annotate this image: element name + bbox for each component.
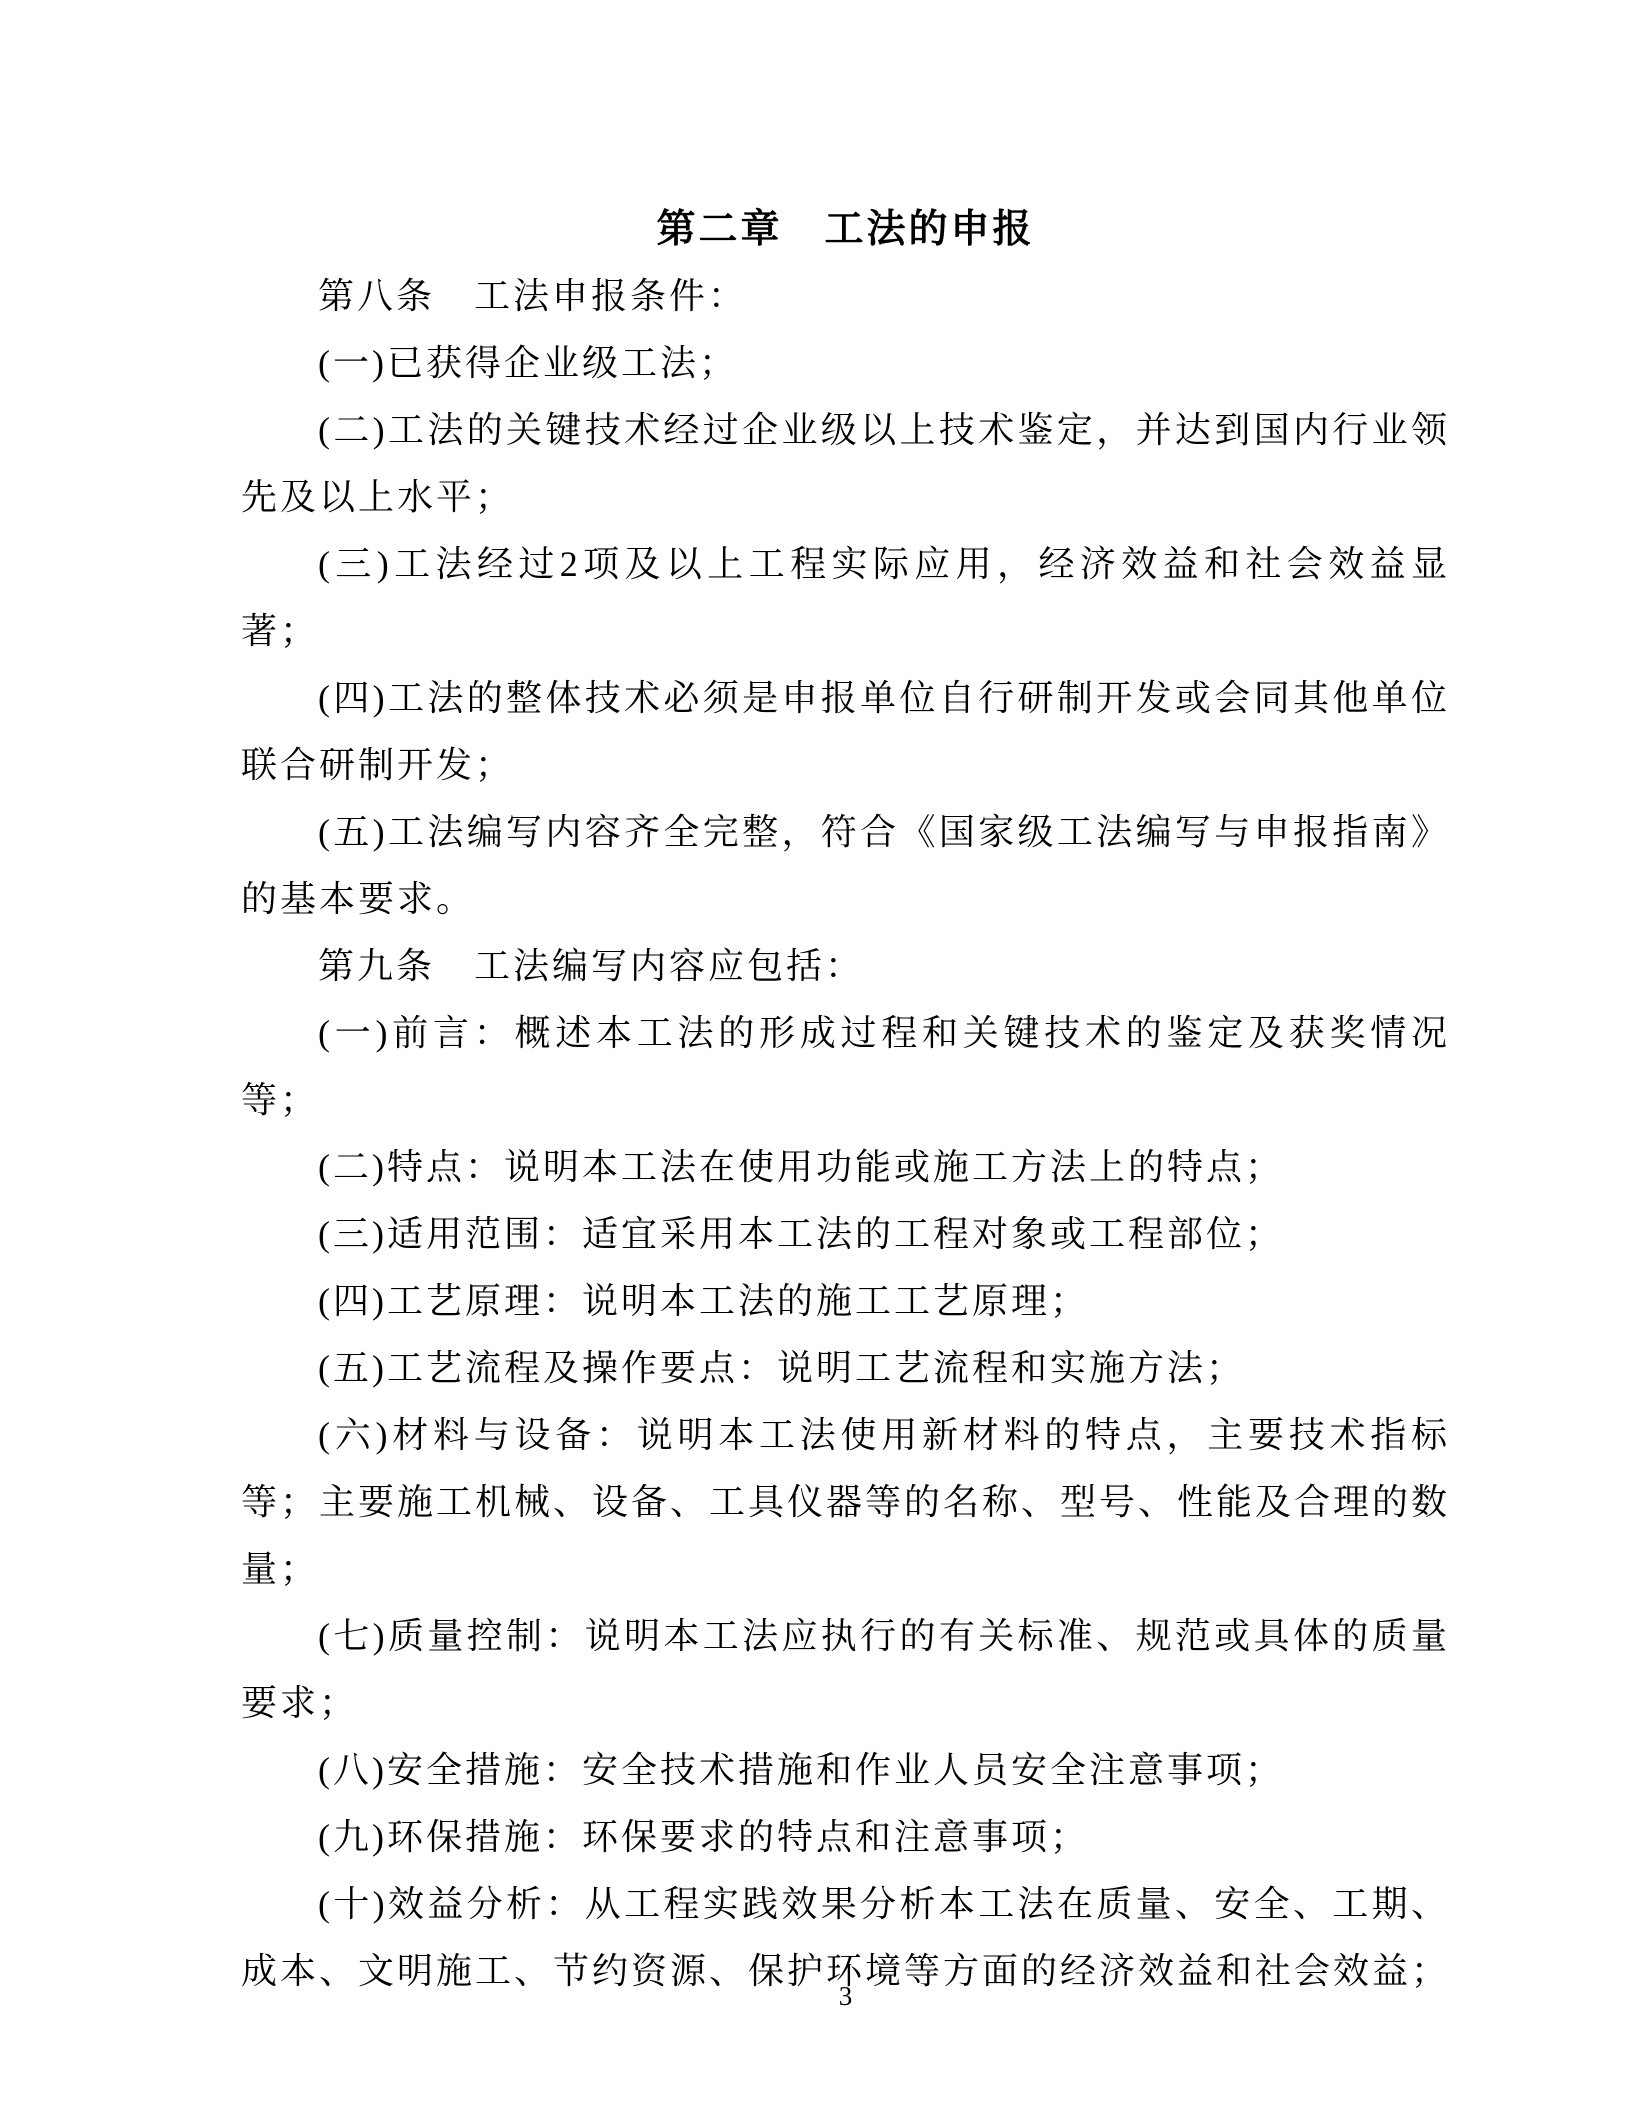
document-page: 第二章 工法的申报 第八条 工法申报条件： (一)已获得企业级工法； (二)工法… (0, 0, 1632, 2112)
document-paragraph: (一)前言：概述本工法的形成过程和关键技术的鉴定及获奖情况等； (241, 1000, 1450, 1134)
document-paragraph: (五)工法编写内容齐全完整，符合《国家级工法编写与申报指南》的基本要求。 (241, 799, 1450, 933)
chapter-title: 第二章 工法的申报 (241, 196, 1450, 263)
document-paragraph: (三)工法经过2项及以上工程实际应用，经济效益和社会效益显著； (241, 531, 1450, 665)
document-paragraph: (四)工艺原理：说明本工法的施工工艺原理； (241, 1268, 1450, 1335)
document-paragraph: (八)安全措施：安全技术措施和作业人员安全注意事项； (241, 1737, 1450, 1804)
document-paragraph: (三)适用范围：适宜采用本工法的工程对象或工程部位； (241, 1201, 1450, 1268)
document-paragraph: (二)特点：说明本工法在使用功能或施工方法上的特点； (241, 1134, 1450, 1201)
document-paragraph: (六)材料与设备：说明本工法使用新材料的特点，主要技术指标等；主要施工机械、设备… (241, 1402, 1450, 1603)
document-paragraph: (五)工艺流程及操作要点：说明工艺流程和实施方法； (241, 1335, 1450, 1402)
document-content: 第二章 工法的申报 第八条 工法申报条件： (一)已获得企业级工法； (二)工法… (241, 196, 1450, 2005)
page-number: 3 (241, 1976, 1450, 2016)
document-paragraph: (一)已获得企业级工法； (241, 330, 1450, 397)
document-paragraph: (四)工法的整体技术必须是申报单位自行研制开发或会同其他单位联合研制开发； (241, 665, 1450, 799)
document-paragraph: (二)工法的关键技术经过企业级以上技术鉴定，并达到国内行业领先及以上水平； (241, 397, 1450, 531)
document-paragraph-article-9: 第九条 工法编写内容应包括： (241, 933, 1450, 1000)
document-paragraph: (九)环保措施：环保要求的特点和注意事项； (241, 1804, 1450, 1871)
document-paragraph-article-8: 第八条 工法申报条件： (241, 263, 1450, 330)
document-paragraph: (七)质量控制：说明本工法应执行的有关标准、规范或具体的质量要求； (241, 1603, 1450, 1737)
